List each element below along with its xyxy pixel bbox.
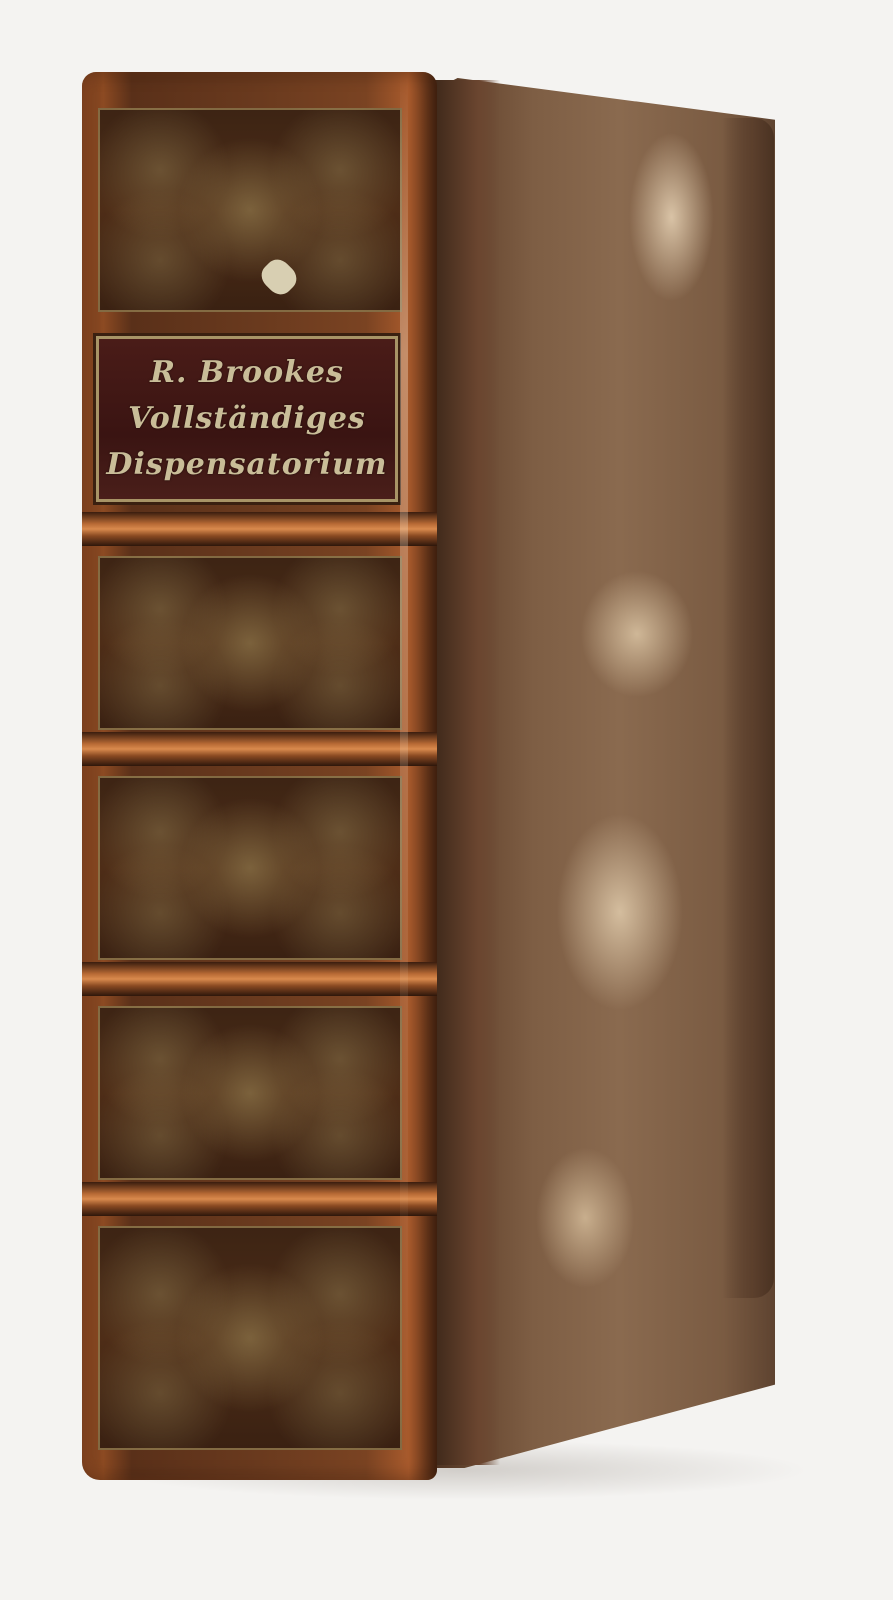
book-spine: R. Brookes Vollständiges Dispensatorium [82, 72, 437, 1480]
spine-highlight [400, 72, 408, 1480]
spine-title-label: R. Brookes Vollständiges Dispensatorium [96, 336, 398, 502]
spine-raised-band-1 [82, 512, 437, 546]
label-line-author: R. Brookes [150, 350, 344, 396]
spine-panel-4 [98, 1006, 402, 1180]
spine-panel-5 [98, 1226, 402, 1450]
label-line-title-1: Vollständiges [128, 396, 366, 442]
spine-panel-2 [98, 556, 402, 730]
spine-panel-top [98, 108, 402, 312]
cover-hinge [430, 80, 500, 1465]
spine-raised-band-4 [82, 1182, 437, 1216]
cover-fore-edge [722, 118, 774, 1298]
spine-panel-3 [98, 776, 402, 960]
spine-raised-band-2 [82, 732, 437, 766]
label-line-title-2: Dispensatorium [106, 442, 387, 488]
spine-raised-band-3 [82, 962, 437, 996]
